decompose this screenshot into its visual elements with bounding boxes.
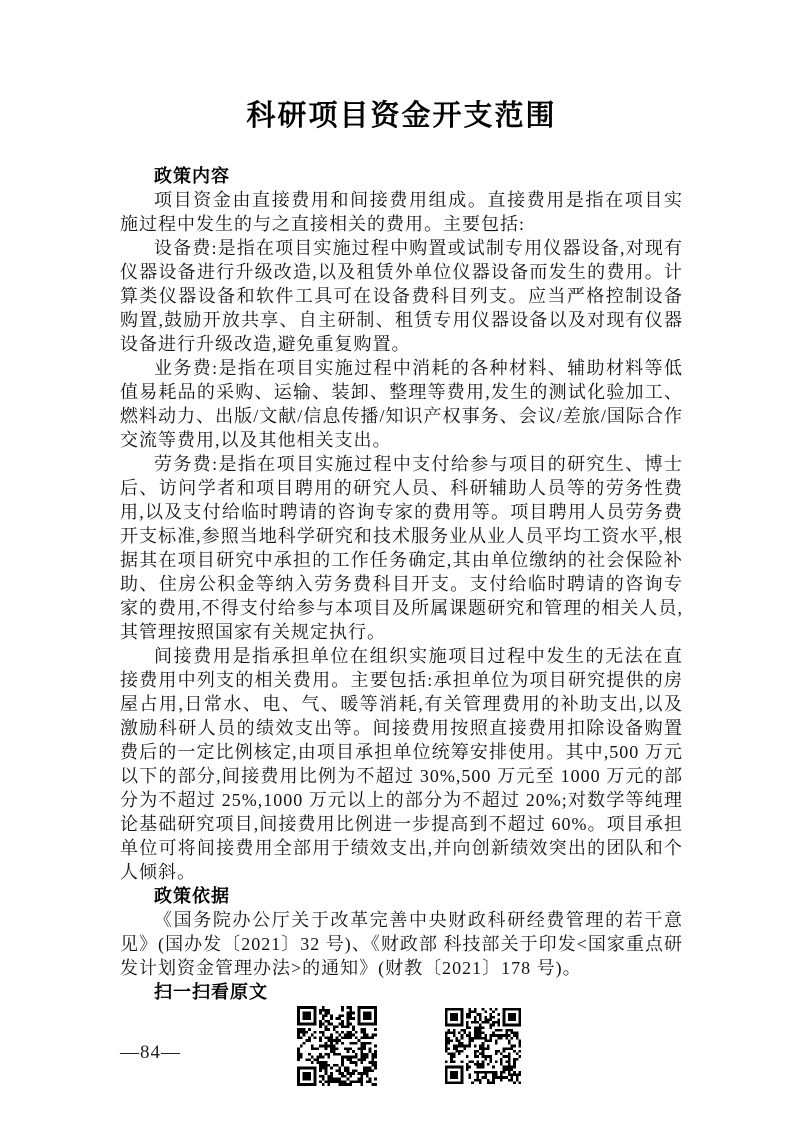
section-heading-policy-basis: 政策依据: [120, 884, 683, 908]
qr-code-right: [445, 1008, 521, 1084]
qr-row: [295, 1006, 683, 1090]
page-number: —84—: [120, 1042, 181, 1064]
qr-code-left: [295, 1006, 379, 1086]
paragraph-indirect-fee: 间接费用是指承担单位在组织实施项目过程中发生的无法在直接费用中列支的相关费用。主…: [120, 644, 683, 884]
paragraph-intro: 项目资金由直接费用和间接费用组成。直接费用是指在项目实施过程中发生的与之直接相关…: [120, 188, 683, 236]
paragraph-policy-basis: 《国务院办公厅关于改革完善中央财政科研经费管理的若干意见》(国办发〔2021〕3…: [120, 908, 683, 980]
page-title: 科研项目资金开支范围: [120, 96, 683, 136]
paragraph-equipment-fee: 设备费:是指在项目实施过程中购置或试制专用仪器设备,对现有仪器设备进行升级改造,…: [120, 236, 683, 356]
paragraph-business-fee: 业务费:是指在项目实施过程中消耗的各种材料、辅助材料等低值易耗品的采购、运输、装…: [120, 356, 683, 452]
section-heading-scan: 扫一扫看原文: [120, 980, 683, 1004]
section-heading-policy-content: 政策内容: [120, 164, 683, 188]
paragraph-labor-fee: 劳务费:是指在项目实施过程中支付给参与项目的研究生、博士后、访问学者和项目聘用的…: [120, 452, 683, 644]
document-page: 科研项目资金开支范围 政策内容 项目资金由直接费用和间接费用组成。直接费用是指在…: [0, 0, 793, 1122]
page-content: 科研项目资金开支范围 政策内容 项目资金由直接费用和间接费用组成。直接费用是指在…: [120, 96, 683, 1090]
